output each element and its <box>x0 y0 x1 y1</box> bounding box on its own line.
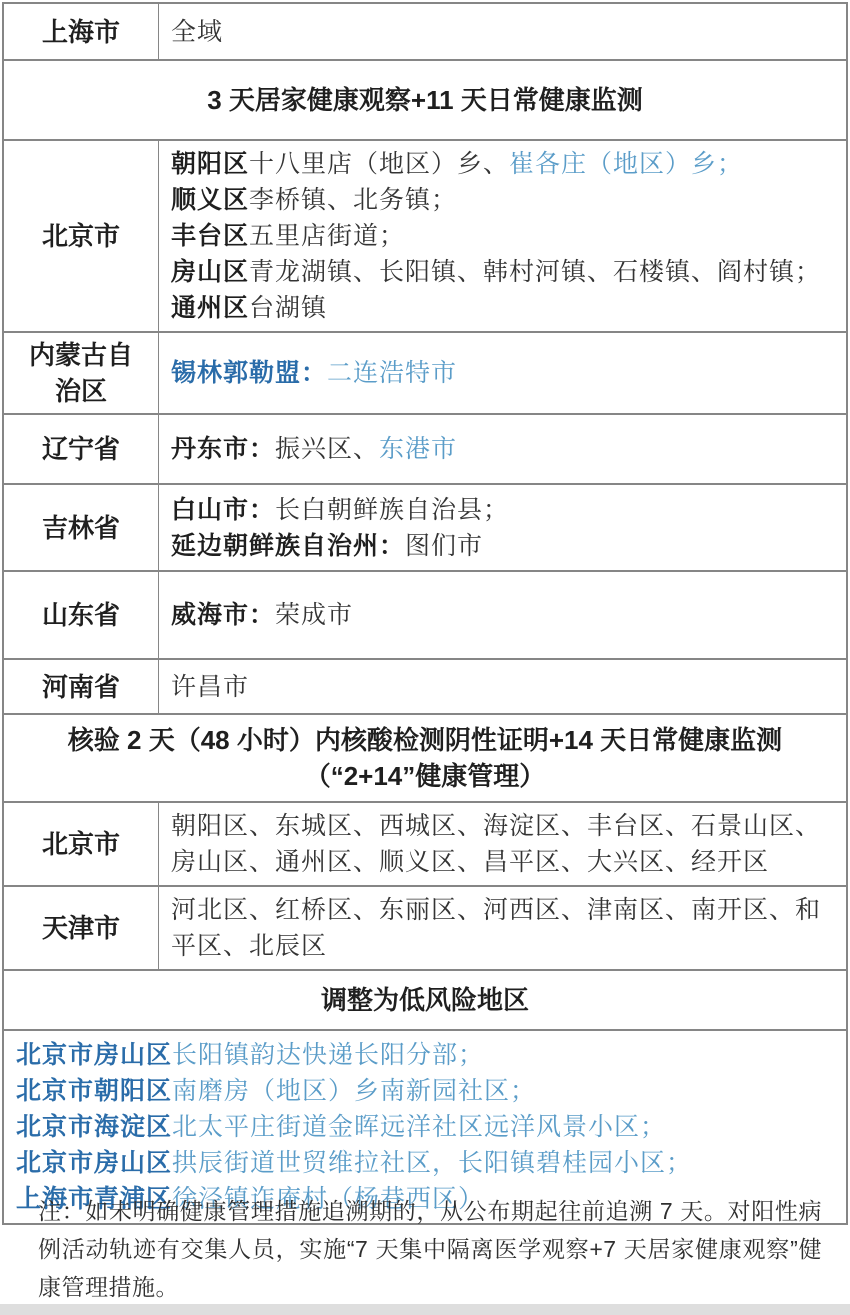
region-text: 十八里店（地区）乡、 <box>249 150 509 178</box>
low-risk-item: 北京市房山区拱辰街道世贸维拉社区，长阳镇碧桂园小区； <box>16 1145 832 1181</box>
region-text: 全域 <box>171 14 832 50</box>
district-prefix: 北京市朝阳区 <box>16 1077 172 1105</box>
row-shandong: 山东省 威海市：荣成市 <box>4 570 846 658</box>
district-prefix: 北京市海淀区 <box>16 1113 172 1141</box>
region-line: 丰台区五里店街道； <box>171 218 832 254</box>
region-text: 许昌市 <box>171 669 832 705</box>
province-label: 辽宁省 <box>42 431 120 467</box>
content-cell: 锡林郭勒盟：二连浩特市 <box>159 333 846 413</box>
region-text: 河北区、红桥区、东丽区、河西区、津南区、南开区、和平区、北辰区 <box>171 892 832 964</box>
section-header-text: 3 天居家健康观察+11 天日常健康监测 <box>4 82 846 118</box>
low-risk-item: 北京市海淀区北太平庄街道金晖远洋社区远洋风景小区； <box>16 1109 832 1145</box>
city-prefix: 丹东市： <box>171 435 275 463</box>
content-cell: 朝阳区、东城区、西城区、海淀区、丰台区、石景山区、房山区、通州区、顺义区、昌平区… <box>159 803 846 885</box>
new-region-text: 崔各庄（地区）乡； <box>509 150 743 178</box>
region-text: 荣成市 <box>275 601 353 629</box>
row-inner-mongolia: 内蒙古自治区 锡林郭勒盟：二连浩特市 <box>4 331 846 413</box>
province-cell: 北京市 <box>4 803 159 885</box>
new-region-text: 二连浩特市 <box>327 359 457 387</box>
content-cell: 威海市：荣成市 <box>159 572 846 658</box>
province-cell: 天津市 <box>4 887 159 969</box>
province-cell: 河南省 <box>4 660 159 713</box>
section-header-nucleic: 核验 2 天（48 小时）内核酸检测阴性证明+14 天日常健康监测 （“2+14… <box>4 713 846 801</box>
section-header-low-risk: 调整为低风险地区 <box>4 969 846 1029</box>
region-line: 延边朝鲜族自治州：图们市 <box>171 528 832 564</box>
row-beijing-observation: 北京市 朝阳区十八里店（地区）乡、崔各庄（地区）乡； 顺义区李桥镇、北务镇； 丰… <box>4 139 846 331</box>
province-label: 吉林省 <box>42 510 120 546</box>
row-shanghai: 上海市 全域 <box>4 4 846 59</box>
row-tianjin: 天津市 河北区、红桥区、东丽区、河西区、津南区、南开区、和平区、北辰区 <box>4 885 846 969</box>
province-cell: 内蒙古自治区 <box>4 333 159 413</box>
low-risk-item: 北京市房山区长阳镇韵达快递长阳分部； <box>16 1037 832 1073</box>
province-label: 山东省 <box>42 597 120 633</box>
district-prefix: 顺义区 <box>171 186 249 214</box>
city-prefix: 威海市： <box>171 601 275 629</box>
low-risk-text: 拱辰街道世贸维拉社区，长阳镇碧桂园小区； <box>172 1149 692 1177</box>
league-prefix: 锡林郭勒盟： <box>171 359 327 387</box>
region-text: 图们市 <box>405 532 483 560</box>
district-prefix: 北京市房山区 <box>16 1149 172 1177</box>
row-beijing-nucleic: 北京市 朝阳区、东城区、西城区、海淀区、丰台区、石景山区、房山区、通州区、顺义区… <box>4 801 846 885</box>
district-prefix: 通州区 <box>171 294 249 322</box>
province-label: 北京市 <box>42 218 120 254</box>
region-line: 朝阳区十八里店（地区）乡、崔各庄（地区）乡； <box>171 146 832 182</box>
low-risk-text: 北太平庄街道金晖远洋社区远洋风景小区； <box>172 1113 666 1141</box>
region-line: 通州区台湖镇 <box>171 290 832 326</box>
city-prefix: 延边朝鲜族自治州： <box>171 532 405 560</box>
section-header-text-line2: （“2+14”健康管理） <box>4 758 846 794</box>
region-line: 白山市：长白朝鲜族自治县； <box>171 492 832 528</box>
content-cell: 白山市：长白朝鲜族自治县； 延边朝鲜族自治州：图们市 <box>159 485 846 570</box>
region-line: 锡林郭勒盟：二连浩特市 <box>171 355 832 391</box>
province-label: 上海市 <box>42 14 120 50</box>
region-line: 房山区青龙湖镇、长阳镇、韩村河镇、石楼镇、阎村镇； <box>171 254 832 290</box>
section-header-observation: 3 天居家健康观察+11 天日常健康监测 <box>4 59 846 139</box>
low-risk-text: 南磨房（地区）乡南新园社区； <box>172 1077 536 1105</box>
province-cell: 山东省 <box>4 572 159 658</box>
region-line: 威海市：荣成市 <box>171 597 832 633</box>
province-cell: 上海市 <box>4 4 159 59</box>
row-henan: 河南省 许昌市 <box>4 658 846 713</box>
note-paragraph: 注：如未明确健康管理措施追溯期的，从公布期起往前追溯 7 天。对阳性病例活动轨迹… <box>38 1192 822 1306</box>
content-cell: 朝阳区十八里店（地区）乡、崔各庄（地区）乡； 顺义区李桥镇、北务镇； 丰台区五里… <box>159 141 846 331</box>
province-label: 河南省 <box>42 669 120 705</box>
row-jilin: 吉林省 白山市：长白朝鲜族自治县； 延边朝鲜族自治州：图们市 <box>4 483 846 570</box>
province-cell: 北京市 <box>4 141 159 331</box>
low-risk-item: 北京市朝阳区南磨房（地区）乡南新园社区； <box>16 1073 832 1109</box>
content-cell: 全域 <box>159 4 846 59</box>
province-cell: 辽宁省 <box>4 415 159 483</box>
region-text: 李桥镇、北务镇； <box>249 186 457 214</box>
bottom-strip <box>0 1304 850 1315</box>
city-prefix: 白山市： <box>171 496 275 524</box>
region-text: 振兴区、 <box>275 435 379 463</box>
content-cell: 河北区、红桥区、东丽区、河西区、津南区、南开区、和平区、北辰区 <box>159 887 846 969</box>
district-prefix: 朝阳区 <box>171 150 249 178</box>
province-cell: 吉林省 <box>4 485 159 570</box>
content-cell: 丹东市：振兴区、东港市 <box>159 415 846 483</box>
region-text: 朝阳区、东城区、西城区、海淀区、丰台区、石景山区、房山区、通州区、顺义区、昌平区… <box>171 808 832 880</box>
region-text: 青龙湖镇、长阳镇、韩村河镇、石楼镇、阎村镇； <box>249 258 821 286</box>
district-prefix: 北京市房山区 <box>16 1041 172 1069</box>
region-text: 长白朝鲜族自治县； <box>275 496 509 524</box>
section-header-text-line1: 核验 2 天（48 小时）内核酸检测阴性证明+14 天日常健康监测 <box>4 722 846 758</box>
province-label: 内蒙古自治区 <box>18 337 144 409</box>
section-header-text: 调整为低风险地区 <box>4 982 846 1018</box>
district-prefix: 丰台区 <box>171 222 249 250</box>
province-label: 北京市 <box>42 826 120 862</box>
district-prefix: 房山区 <box>171 258 249 286</box>
content-cell: 许昌市 <box>159 660 846 713</box>
health-measures-table: 上海市 全域 3 天居家健康观察+11 天日常健康监测 北京市 朝阳区十八里店（… <box>2 2 848 1225</box>
low-risk-text: 长阳镇韵达快递长阳分部； <box>172 1041 484 1069</box>
region-line: 顺义区李桥镇、北务镇； <box>171 182 832 218</box>
region-line: 丹东市：振兴区、东港市 <box>171 431 832 467</box>
region-text: 台湖镇 <box>249 294 327 322</box>
region-text: 五里店街道； <box>249 222 405 250</box>
province-label: 天津市 <box>42 910 120 946</box>
new-region-text: 东港市 <box>379 435 457 463</box>
row-liaoning: 辽宁省 丹东市：振兴区、东港市 <box>4 413 846 483</box>
